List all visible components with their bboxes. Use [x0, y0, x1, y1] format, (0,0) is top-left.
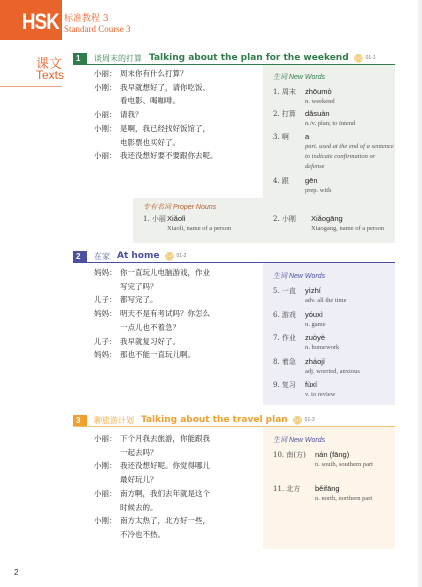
utterance: 南方太热了，北方好一些，: [120, 514, 210, 528]
dialogue-line: 小丽：请我？: [94, 108, 218, 122]
word-hanzi: 7. 作业: [273, 333, 303, 343]
new-words-title: 生词 New Words: [273, 435, 325, 445]
utterance-continued: 一点儿也不着急？: [94, 321, 210, 335]
word-definition: n. weekend: [305, 97, 395, 107]
dialogue-line: 小刚：南方太热了，北方好一些，: [94, 514, 210, 528]
audio-icon[interactable]: 📀: [293, 416, 303, 425]
speaker: 小丽：: [94, 487, 120, 501]
section-3-header: 3 聊旅游计划 Talking about the travel plan 📀 …: [73, 414, 315, 426]
section-title-cn: 在家: [94, 251, 110, 262]
word-hanzi: 1. 周末: [273, 87, 303, 97]
book-title-en: Standard Course 3: [64, 24, 131, 34]
word-definition: Xiaogang, name of a person: [311, 224, 411, 234]
word-definition: n. north, northern part: [315, 494, 390, 504]
utterance: 我早就想好了，请你吃饭、: [120, 81, 210, 95]
book-title-cn: 标准教程 3: [64, 11, 109, 24]
audio-track: 01-2: [176, 253, 186, 259]
word-hanzi: 3. 啊: [273, 132, 303, 142]
word-definition: adv. all the time: [305, 296, 395, 306]
proper-nouns-title: 专有名词 Proper Nouns: [143, 202, 216, 212]
utterance: 南方啊，我们去年就是这个: [120, 487, 210, 501]
word-definition: n. south, southern part: [315, 460, 390, 470]
word-hanzi: 10. 南(方): [273, 450, 313, 460]
audio-icon[interactable]: 📀: [354, 54, 364, 63]
section-number: 3: [73, 415, 87, 426]
new-words-panel-2: 生词 New Words 5. 一直 yìzhí adv. all the ti…: [263, 263, 395, 405]
dialogue-line: 儿子：都写完了。: [94, 293, 210, 307]
utterance-continued: 写完了吗？: [94, 280, 210, 294]
speaker: 小刚：: [94, 459, 120, 473]
word-hanzi: 5. 一直: [273, 286, 303, 296]
dialogue-1: 小丽：周末你有什么打算？ 小刚：我早就想好了，请你吃饭、 看电影、喝咖啡。 小丽…: [94, 67, 218, 163]
speaker: 妈妈：: [94, 307, 120, 321]
audio-track: 01-1: [366, 55, 376, 61]
word-pinyin: yìzhí: [305, 286, 321, 295]
word-definition: v. to review: [305, 390, 395, 400]
section-title-cn: 谈周末的打算: [94, 53, 142, 64]
word-pinyin: Xiǎogāng: [311, 214, 343, 223]
utterance: 周末你有什么打算？: [120, 67, 188, 81]
dialogue-line: 妈妈：那也不能一直玩儿啊。: [94, 348, 210, 362]
speaker: 小丽：: [94, 149, 120, 163]
word-pinyin: běifāng: [315, 484, 340, 493]
word-hanzi: 9. 复习: [273, 380, 303, 390]
speaker: 小丽：: [94, 108, 120, 122]
utterance-continued: 不冷也不热。: [94, 528, 210, 542]
section-title-en: Talking about the travel plan: [141, 415, 288, 425]
utterance: 都写完了。: [120, 293, 158, 307]
speaker: 儿子：: [94, 293, 120, 307]
utterance: 那也不能一直玩儿啊。: [120, 348, 195, 362]
speaker: 小丽：: [94, 67, 120, 81]
word-pinyin: dǎsuàn: [305, 109, 330, 118]
word-pinyin: Xiǎolì: [167, 214, 186, 223]
utterance-continued: 时候去的。: [94, 501, 210, 515]
dialogue-3: 小丽：下个月我去旅游，你能跟我 一起去吗？ 小刚：我还没想好呢。你觉得哪儿 最好…: [94, 432, 210, 542]
speaker: 妈妈：: [94, 348, 120, 362]
audio-icon[interactable]: 📀: [164, 252, 174, 261]
word-hanzi: 2. 打算: [273, 109, 303, 119]
dialogue-line: 小刚：我还没想好呢。你觉得哪儿: [94, 459, 210, 473]
dialogue-line: 小刚：我早就想好了，请你吃饭、: [94, 81, 218, 95]
dialogue-line: 妈妈：明天不是有考试吗？你怎么: [94, 307, 210, 321]
page-edge: [418, 0, 422, 587]
word-pinyin: yóuxì: [305, 310, 323, 319]
speaker: 小刚：: [94, 81, 120, 95]
word-definition: n. game: [305, 320, 395, 330]
word-pinyin: gēn: [305, 176, 318, 185]
utterance: 明天不是有考试吗？你怎么: [120, 307, 210, 321]
section-number: 1: [73, 53, 87, 64]
new-words-title: 生词 New Words: [273, 72, 325, 82]
utterance: 我还没想好呢。你觉得哪儿: [120, 459, 210, 473]
word-hanzi: 6. 游戏: [273, 310, 303, 320]
page-number: 2: [14, 568, 18, 577]
section-2-header: 2 在家 At home 📀 01-2: [73, 250, 186, 262]
word-pinyin: a: [305, 132, 309, 141]
speaker: 小刚：: [94, 514, 120, 528]
dialogue-line: 小丽：我还没想好要不要跟你去呢。: [94, 149, 218, 163]
dialogue-line: 小丽：周末你有什么打算？: [94, 67, 218, 81]
dialogue-2: 妈妈：你一直玩儿电脑游戏，作业 写完了吗？ 儿子：都写完了。 妈妈：明天不是有考…: [94, 266, 210, 362]
utterance-continued: 看电影、喝咖啡。: [94, 94, 218, 108]
new-words-panel-1: 生词 New Words 1. 周末 zhōumò n. weekend 2. …: [263, 65, 395, 198]
utterance-continued: 最好玩儿？: [94, 473, 210, 487]
word-hanzi: 11. 北方: [273, 484, 313, 494]
word-definition: adj. worried, anxious: [305, 367, 395, 377]
word-hanzi: 2. 小刚: [273, 214, 303, 224]
utterance: 我早就复习好了。: [120, 335, 180, 349]
word-definition: prep. with: [305, 186, 395, 196]
speaker: 小刚：: [94, 122, 120, 136]
speaker: 妈妈：: [94, 266, 120, 280]
proper-nouns-panel: 专有名词 Proper Nouns 1. 小丽 Xiǎolì Xiaoli, n…: [133, 198, 395, 243]
section-title-cn: 聊旅游计划: [94, 415, 134, 426]
word-definition: n./v. plan; to intend: [305, 119, 395, 129]
side-label-en: Texts: [36, 68, 64, 82]
new-words-title: 生词 New Words: [273, 271, 325, 281]
utterance: 你一直玩儿电脑游戏，作业: [120, 266, 210, 280]
dialogue-line: 妈妈：你一直玩儿电脑游戏，作业: [94, 266, 210, 280]
new-words-panel-3: 生词 New Words 10. 南(方) nán (fāng) n. sout…: [263, 427, 395, 549]
dialogue-line: 儿子：我早就复习好了。: [94, 335, 210, 349]
side-divider: [0, 86, 62, 87]
section-title-en: Talking about the plan for the weekend: [149, 53, 349, 63]
word-pinyin: zuòyè: [305, 333, 325, 342]
utterance: 我还没想好要不要跟你去呢。: [120, 149, 218, 163]
word-pinyin: zhōumò: [305, 87, 332, 96]
utterance-continued: 一起去吗？: [94, 446, 210, 460]
word-hanzi: 4. 跟: [273, 176, 303, 186]
utterance: 请我？: [120, 108, 143, 122]
utterance: 下个月我去旅游，你能跟我: [120, 432, 210, 446]
utterance-continued: 电影票也买好了。: [94, 136, 218, 150]
section-1-header: 1 谈周末的打算 Talking about the plan for the …: [73, 52, 376, 64]
dialogue-line: 小刚：是啊，我已经找好饭馆了，: [94, 122, 218, 136]
section-title-en: At home: [117, 251, 159, 261]
utterance: 是啊，我已经找好饭馆了，: [120, 122, 210, 136]
speaker: 小丽：: [94, 432, 120, 446]
word-definition: Xiaoli, name of a person: [167, 224, 277, 234]
word-pinyin: zháojí: [305, 357, 325, 366]
word-pinyin: nán (fāng): [315, 450, 349, 459]
audio-track: 01-3: [305, 417, 315, 423]
speaker: 儿子：: [94, 335, 120, 349]
hsk-logo: HSK: [22, 9, 59, 35]
dialogue-line: 小丽：南方啊，我们去年就是这个: [94, 487, 210, 501]
word-definition: n. homework: [305, 343, 395, 353]
word-definition: part. used at the end of a sentence to i…: [305, 142, 395, 172]
dialogue-line: 小丽：下个月我去旅游，你能跟我: [94, 432, 210, 446]
word-hanzi: 8. 着急: [273, 357, 303, 367]
word-pinyin: fùxí: [305, 380, 317, 389]
section-number: 2: [73, 251, 87, 262]
